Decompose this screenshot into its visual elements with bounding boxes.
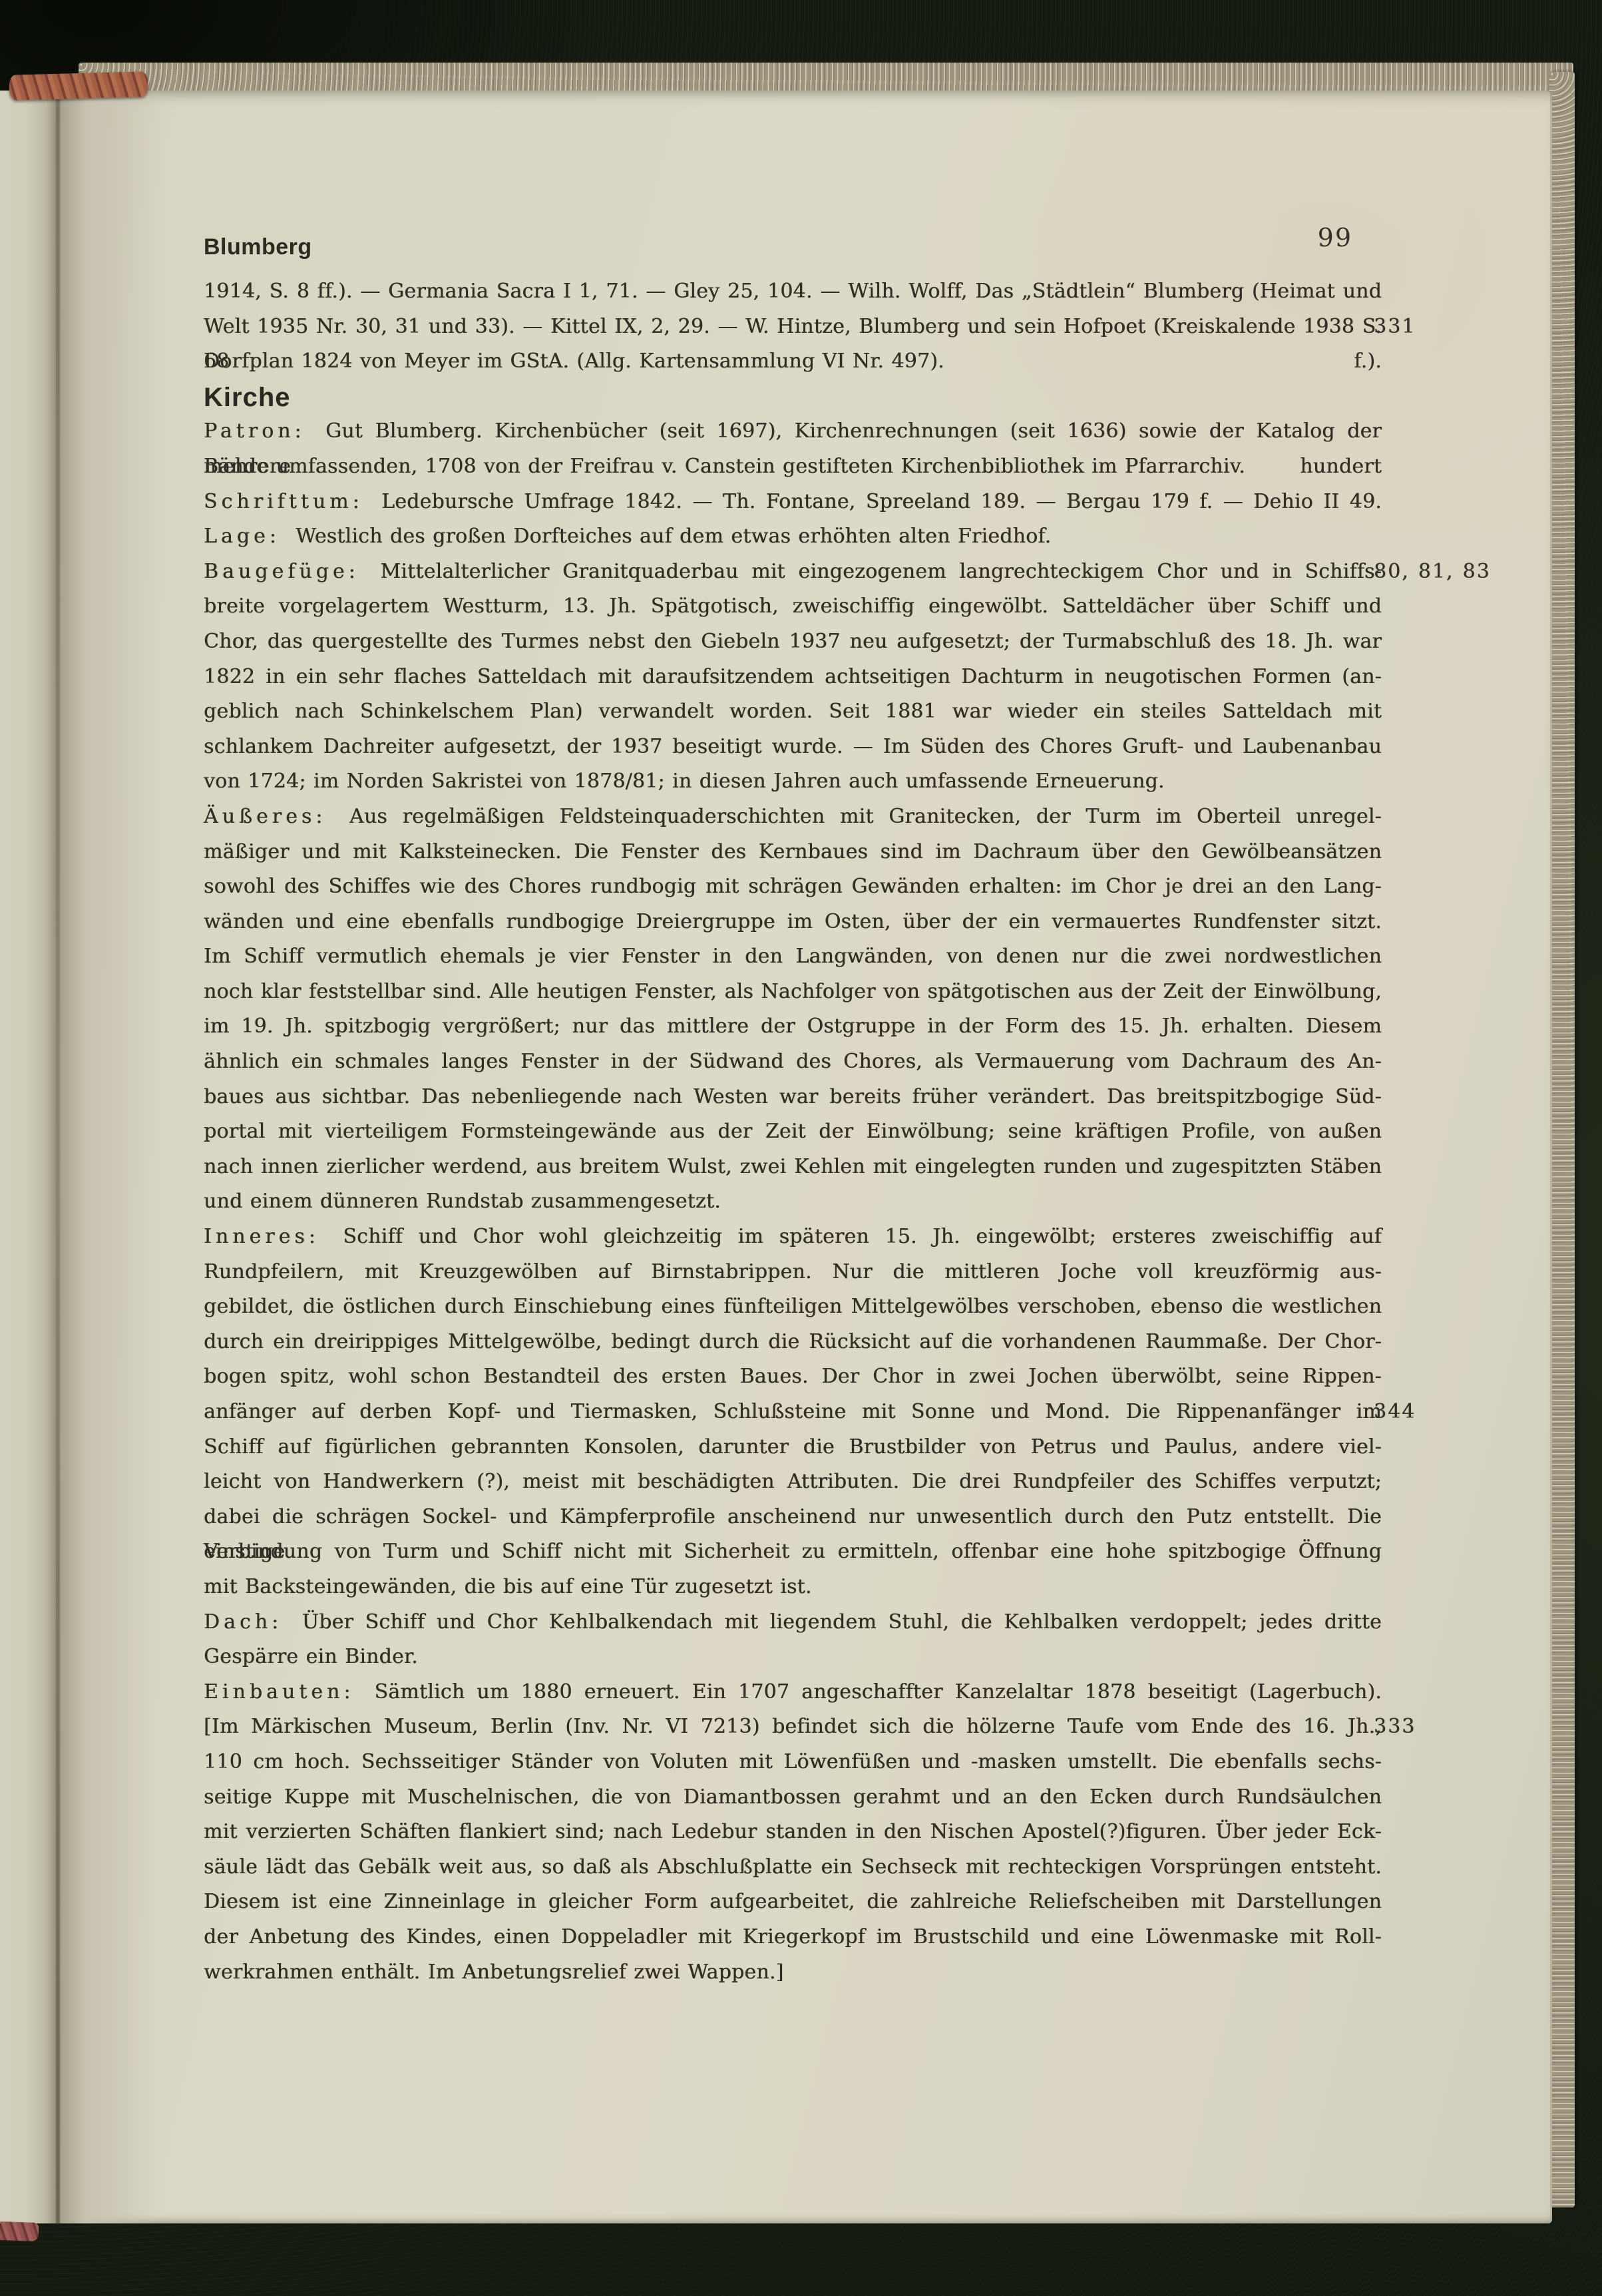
text-block: 1914, S. 8 ff.). — Germania Sacra I 1, 7… (204, 274, 1382, 1990)
margin-note: 344 (1374, 1395, 1416, 1430)
text-line: der Anbetung des Kindes, einen Doppeladl… (204, 1920, 1382, 1955)
gutter-fold-line (56, 91, 60, 2223)
text-line: sowohl des Schiffes wie des Chores rundb… (204, 869, 1382, 905)
text-line-content: durch ein dreirippiges Mittelgewölbe, be… (204, 1330, 1382, 1353)
text-line-content: seitige Kuppe mit Muschelnischen, die vo… (204, 1785, 1382, 1809)
text-line: gebildet, die östlichen durch Einschiebu… (204, 1289, 1382, 1325)
section-heading: Kirche (204, 379, 1382, 415)
paragraph-aeusseres: Äußeres: Aus regelmäßigen Feldsteinquade… (204, 800, 1382, 1220)
text-line-content: Schiff auf figürlichen gebrannten Konsol… (204, 1435, 1382, 1459)
tailband-red (0, 2221, 39, 2241)
paragraph-label: Einbauten: (204, 1680, 354, 1704)
paragraph-schrifttum: Schrifttum: Ledebursche Umfrage 1842. — … (204, 485, 1382, 520)
text-line: 1822 in ein sehr flaches Satteldach mit … (204, 660, 1382, 695)
text-line: Verbindung von Turm und Schiff nicht mit… (204, 1534, 1382, 1570)
text-line: werkrahmen enthält. Im Anbetungsrelief z… (204, 1955, 1382, 1990)
text-line-content: Diesem ist eine Zinneinlage in gleicher … (204, 1890, 1382, 1913)
text-line-content: werkrahmen enthält. Im Anbetungsrelief z… (204, 1960, 783, 1984)
text-line: schlankem Dachreiter aufgesetzt, der 193… (204, 730, 1382, 765)
text-line: noch klar feststellbar sind. Alle heutig… (204, 975, 1382, 1010)
margin-note: 80, 81, 83 (1374, 555, 1491, 590)
text-line-content: bogen spitz, wohl schon Bestandteil des … (204, 1365, 1382, 1388)
text-line-content: säule lädt das Gebälk weit aus, so daß a… (204, 1855, 1382, 1879)
text-line-content: Chor, das quergestellte des Turmes nebst… (204, 630, 1382, 653)
paragraph-label: Baugefüge: (204, 560, 359, 583)
text-line-content: noch klar feststellbar sind. Alle heutig… (204, 980, 1382, 1003)
text-line: Inneres: Schiff und Chor wohl gleichzeit… (204, 1220, 1382, 1255)
text-line-content: schlankem Dachreiter aufgesetzt, der 193… (204, 735, 1382, 758)
text-line-content: mäßiger und mit Kalksteinecken. Die Fens… (204, 840, 1382, 863)
text-line: geblich nach Schinkelschem Plan) verwand… (204, 694, 1382, 730)
text-line: Gespärre ein Binder. (204, 1640, 1382, 1675)
text-line: seitige Kuppe mit Muschelnischen, die vo… (204, 1780, 1382, 1815)
text-line: Äußeres: Aus regelmäßigen Feldsteinquade… (204, 800, 1382, 835)
text-line: im 19. Jh. spitzbogig vergrößert; nur da… (204, 1009, 1382, 1044)
text-line: Schiff auf figürlichen gebrannten Konsol… (204, 1430, 1382, 1465)
text-line-content: Gespärre ein Binder. (204, 1645, 418, 1668)
text-line-content: Ledebursche Umfrage 1842. — Th. Fontane,… (381, 490, 1382, 513)
text-line: Welt 1935 Nr. 30, 31 und 33). — Kittel I… (204, 310, 1382, 345)
cover-cloth-top-edge (79, 63, 1573, 93)
text-line-content: Sämtlich um 1880 erneuert. Ein 1707 ange… (374, 1680, 1382, 1704)
text-line: Chor, das quergestellte des Turmes nebst… (204, 624, 1382, 660)
paragraph-baugefuege: Baugefüge: Mittelalterlicher Granitquade… (204, 555, 1382, 800)
text-line: Lage: Westlich des großen Dorfteiches au… (204, 519, 1382, 555)
text-line-content: sowohl des Schiffes wie des Chores rundb… (204, 875, 1382, 898)
text-line-content: 1822 in ein sehr flaches Satteldach mit … (204, 665, 1382, 688)
text-line-content: 1914, S. 8 ff.). — Germania Sacra I 1, 7… (204, 280, 1382, 303)
text-line: Patron: Gut Blumberg. Kirchenbücher (sei… (204, 414, 1382, 449)
text-line-content: baues aus sichtbar. Das nebenliegende na… (204, 1085, 1382, 1108)
running-head: Blumberg (204, 233, 312, 261)
text-line-content: Westlich des großen Dorfteiches auf dem … (296, 525, 1051, 548)
text-line-content: breite vorgelagertem Westturm, 13. Jh. S… (204, 594, 1382, 618)
text-line: ähnlich ein schmales langes Fenster in d… (204, 1044, 1382, 1080)
paragraph-patron: Patron: Gut Blumberg. Kirchenbücher (sei… (204, 414, 1382, 484)
text-line-content: wänden und eine ebenfalls rundbogige Dre… (204, 910, 1382, 933)
text-line-content: Im Schiff vermutlich ehemals je vier Fen… (204, 945, 1382, 968)
paragraph-label: Lage: (204, 525, 280, 548)
text-line-content: [Im Märkischen Museum, Berlin (Inv. Nr. … (204, 1715, 1382, 1738)
text-line: Im Schiff vermutlich ehemals je vier Fen… (204, 939, 1382, 975)
paragraph-dach: Dach: Über Schiff und Chor Kehlbalkendac… (204, 1605, 1382, 1675)
cover-cloth-right-edge (1549, 72, 1575, 2207)
text-line: wänden und eine ebenfalls rundbogige Dre… (204, 905, 1382, 940)
text-line-content: geblich nach Schinkelschem Plan) verwand… (204, 700, 1382, 723)
margin-note: 331 (1374, 310, 1416, 345)
paragraph-label: Patron: (204, 419, 305, 443)
text-line: Rundpfeilern, mit Kreuzgewölben auf Birn… (204, 1255, 1382, 1290)
text-line-content: mit Backsteingewänden, die bis auf eine … (204, 1575, 812, 1598)
paragraph-label: Inneres: (204, 1225, 319, 1248)
text-line-content: Über Schiff und Chor Kehlbalkendach mit … (302, 1610, 1382, 1634)
text-line-content: im 19. Jh. spitzbogig vergrößert; nur da… (204, 1015, 1382, 1038)
text-line: Dorfplan 1824 von Meyer im GStA. (Allg. … (204, 344, 1382, 379)
text-line: 110 cm hoch. Sechsseitiger Ständer von V… (204, 1745, 1382, 1780)
text-line-content: Dorfplan 1824 von Meyer im GStA. (Allg. … (204, 349, 944, 373)
paragraph-label: Dach: (204, 1610, 282, 1634)
text-line-content: anfänger auf derben Kopf- und Tiermasken… (204, 1400, 1382, 1423)
text-line: dabei die schrägen Sockel- und Kämpferpr… (204, 1500, 1382, 1535)
text-line: [Im Märkischen Museum, Berlin (Inv. Nr. … (204, 1710, 1382, 1745)
headband-red (9, 71, 148, 100)
text-line-content: gebildet, die östlichen durch Einschiebu… (204, 1295, 1382, 1318)
text-line-content: 110 cm hoch. Sechsseitiger Ständer von V… (204, 1750, 1382, 1773)
paragraph-label: Schrifttum: (204, 490, 363, 513)
text-line: bogen spitz, wohl schon Bestandteil des … (204, 1359, 1382, 1395)
text-line: säule lädt das Gebälk weit aus, so daß a… (204, 1850, 1382, 1885)
text-line: mit verzierten Schäften flankiert sind; … (204, 1815, 1382, 1850)
text-line-content: Schiff und Chor wohl gleichzeitig im spä… (343, 1225, 1382, 1248)
text-line: 1914, S. 8 ff.). — Germania Sacra I 1, 7… (204, 274, 1382, 310)
paragraph-inneres: Inneres: Schiff und Chor wohl gleichzeit… (204, 1220, 1382, 1605)
text-line-content: ähnlich ein schmales langes Fenster in d… (204, 1050, 1382, 1073)
text-line: Einbauten: Sämtlich um 1880 erneuert. Ei… (204, 1675, 1382, 1710)
text-line: Diesem ist eine Zinneinlage in gleicher … (204, 1885, 1382, 1920)
text-line: breite vorgelagertem Westturm, 13. Jh. S… (204, 589, 1382, 624)
text-line: portal mit vierteiligem Formsteingewände… (204, 1114, 1382, 1150)
text-line-content: von 1724; im Norden Sakristei von 1878/8… (204, 770, 1165, 793)
text-line: Baugefüge: Mittelalterlicher Granitquade… (204, 555, 1382, 590)
text-line-content: mit verzierten Schäften flankiert sind; … (204, 1820, 1382, 1843)
page-number: 99 (1185, 222, 1352, 253)
text-line-content: und einem dünneren Rundstab zusammengese… (204, 1190, 721, 1213)
text-line-content: Rundpfeilern, mit Kreuzgewölben auf Birn… (204, 1260, 1382, 1283)
text-line: durch ein dreirippiges Mittelgewölbe, be… (204, 1325, 1382, 1360)
margin-note: 333 (1374, 1710, 1416, 1745)
gutter-shadow (0, 91, 166, 2223)
text-line: von 1724; im Norden Sakristei von 1878/8… (204, 764, 1382, 800)
text-line: und einem dünneren Rundstab zusammengese… (204, 1184, 1382, 1220)
text-line: Dach: Über Schiff und Chor Kehlbalkendac… (204, 1605, 1382, 1640)
text-line: leicht von Handwerkern (?), meist mit be… (204, 1465, 1382, 1500)
paragraph-einbauten: Einbauten: Sämtlich um 1880 erneuert. Ei… (204, 1675, 1382, 1990)
text-line: Bände umfassenden, 1708 von der Freifrau… (204, 449, 1382, 485)
paragraph-lage: Lage: Westlich des großen Dorfteiches au… (204, 519, 1382, 555)
text-line-content: Mittelalterlicher Granitquaderbau mit ei… (380, 560, 1382, 583)
text-line-content: leicht von Handwerkern (?), meist mit be… (204, 1470, 1382, 1493)
text-line: mäßiger und mit Kalksteinecken. Die Fens… (204, 835, 1382, 870)
text-line-content: der Anbetung des Kindes, einen Doppeladl… (204, 1925, 1382, 1949)
text-line: baues aus sichtbar. Das nebenliegende na… (204, 1080, 1382, 1115)
text-line: mit Backsteingewänden, die bis auf eine … (204, 1570, 1382, 1605)
text-line: nach innen zierlicher werdend, aus breit… (204, 1150, 1382, 1185)
text-line-content: portal mit vierteiligem Formsteingewände… (204, 1120, 1382, 1143)
text-line: anfänger auf derben Kopf- und Tiermasken… (204, 1395, 1382, 1430)
text-line-content: nach innen zierlicher werdend, aus breit… (204, 1155, 1382, 1178)
text-line-content: Bände umfassenden, 1708 von der Freifrau… (204, 455, 1245, 478)
paragraph-bibliography: 1914, S. 8 ff.). — Germania Sacra I 1, 7… (204, 274, 1382, 379)
text-line-content: Verbindung von Turm und Schiff nicht mit… (204, 1540, 1382, 1563)
text-line-content: Aus regelmäßigen Feldsteinquaderschichte… (349, 805, 1382, 828)
text-line: Schrifttum: Ledebursche Umfrage 1842. — … (204, 485, 1382, 520)
paragraph-label: Äußeres: (204, 805, 326, 828)
book-scan: Blumberg 99 1914, S. 8 ff.). — Germania … (0, 0, 1602, 2296)
